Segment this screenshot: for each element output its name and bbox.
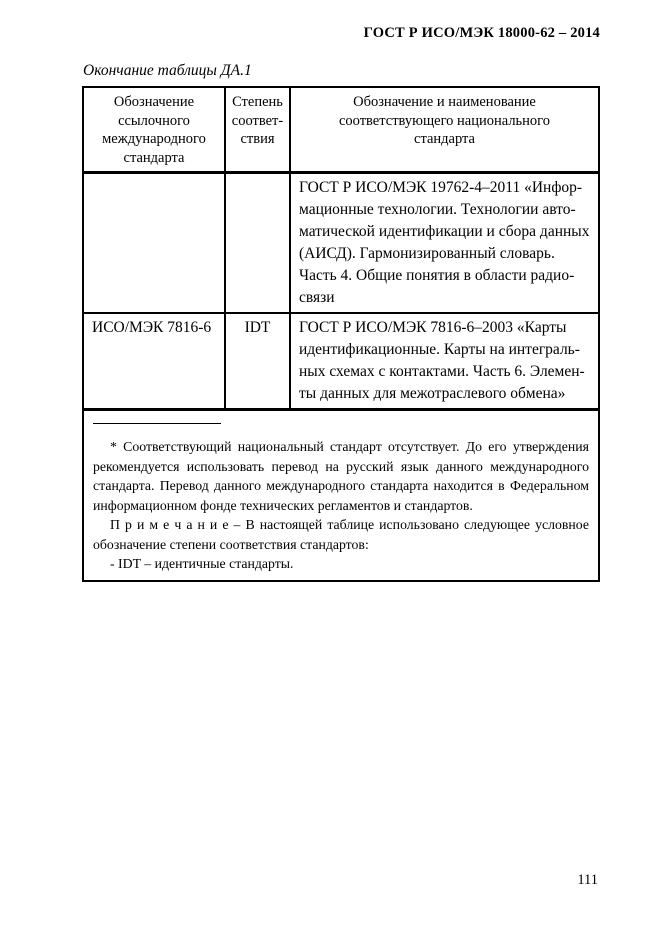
note-text: П р и м е ч а н и е – В настоящей таблиц… xyxy=(93,515,589,554)
table-footnote-area: * Соответствующий национальный стандарт … xyxy=(84,408,598,580)
footnote-separator-rule xyxy=(93,423,221,424)
page-number: 111 xyxy=(82,872,598,889)
column-header-degree-of-conformity: Степень соответ- ствия xyxy=(225,88,290,173)
cell-degree-of-conformity: IDT xyxy=(225,313,290,408)
table-row: ИСО/МЭК 7816-6 IDT ГОСТ Р ИСО/МЭК 7816-6… xyxy=(84,313,598,408)
cell-national-standard: ГОСТ Р ИСО/МЭК 19762-4–2011 «Инфор- маци… xyxy=(290,173,598,314)
document-title-header: ГОСТ Р ИСО/МЭК 18000-62 – 2014 xyxy=(82,25,600,42)
cell-degree-of-conformity xyxy=(225,173,290,314)
cell-reference-standard xyxy=(84,173,225,314)
column-header-national-standard: Обозначение и наименование соответствующ… xyxy=(290,88,598,173)
table-caption: Окончание таблицы ДА.1 xyxy=(83,62,252,80)
note-list-item: - IDT – идентичные стандарты. xyxy=(93,554,589,574)
table-header-row: Обозначение ссылочного международного ст… xyxy=(84,88,598,173)
cell-reference-standard: ИСО/МЭК 7816-6 xyxy=(84,313,225,408)
standards-table-frame: Обозначение ссылочного международного ст… xyxy=(82,86,600,582)
column-header-reference-standard: Обозначение ссылочного международного ст… xyxy=(84,88,225,173)
cell-national-standard: ГОСТ Р ИСО/МЭК 7816-6–2003 «Карты иденти… xyxy=(290,313,598,408)
footnote-text: * Соответствующий национальный стандарт … xyxy=(93,437,589,515)
standards-table: Обозначение ссылочного международного ст… xyxy=(84,88,598,408)
table-row: ГОСТ Р ИСО/МЭК 19762-4–2011 «Инфор- маци… xyxy=(84,173,598,314)
document-page: ГОСТ Р ИСО/МЭК 18000-62 – 2014 Окончание… xyxy=(0,0,661,935)
